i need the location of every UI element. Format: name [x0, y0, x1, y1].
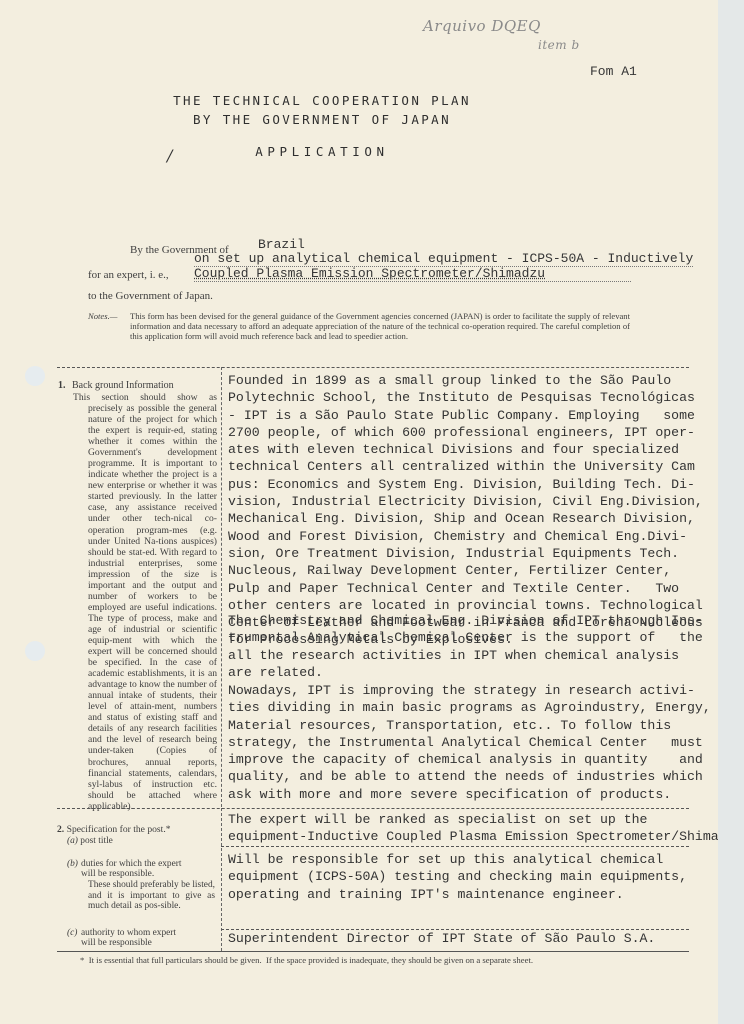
background-paragraph-2: The Chemistry and Chemical Eng. Division… — [228, 612, 703, 681]
country-value: Brazil — [258, 237, 305, 252]
section-2-bottom-rule — [57, 951, 689, 952]
authority-label: authority to whom expert will be respons… — [81, 928, 176, 949]
background-paragraph-1: Founded in 1899 as a small group linked … — [228, 372, 703, 649]
section-2-header: 2. Specification for the post.* — [57, 824, 171, 835]
title-application: APPLICATION — [0, 144, 694, 159]
expert-field-line-2: Coupled Plasma Emission Spectrometer/Shi… — [194, 266, 631, 282]
section-1-instructions-first: This section should show as — [73, 392, 217, 403]
post-title-label: (a) post title — [67, 836, 113, 846]
notes-text: This form has been devised for the gener… — [130, 311, 630, 342]
section-2-number: 2. — [57, 824, 64, 835]
section-1-top-rule — [57, 367, 689, 368]
title-line-2: BY THE GOVERNMENT OF JAPAN — [0, 112, 694, 127]
section-2-title: Specification for the post.* — [67, 824, 171, 835]
to-government-label: to the Government of Japan. — [88, 290, 213, 302]
form-page: Arquivo DQEQ item b / Fom A1 THE TECHNIC… — [0, 0, 718, 1024]
duties-answer: Will be responsible for set up this anal… — [228, 851, 687, 903]
authority-marker: (c) — [67, 928, 77, 938]
section-1-title: Back ground Information — [72, 380, 174, 391]
post-title-answer: The expert will be ranked as specialist … — [228, 811, 742, 846]
post-title-rule — [221, 846, 689, 847]
form-id: Fom A1 — [590, 64, 637, 79]
punch-hole-top — [25, 366, 45, 386]
duties-label: duties for which the expert will be resp… — [81, 859, 182, 880]
authority-answer: Superintendent Director of IPT State of … — [228, 930, 655, 947]
background-paragraph-3: Nowadays, IPT is improving the strategy … — [228, 682, 711, 803]
duties-marker: (b) — [67, 859, 78, 869]
expert-field-line-1: on set up analytical chemical equipment … — [194, 251, 693, 267]
notes-label: Notes.— — [88, 311, 117, 321]
handwritten-note: Arquivo DQEQ — [423, 17, 541, 35]
punch-hole-bottom — [25, 641, 45, 661]
column-divider-1 — [221, 367, 222, 807]
footnote: * It is essential that full particulars … — [80, 955, 533, 965]
title-line-1: THE TECHNICAL COOPERATION PLAN — [0, 93, 694, 108]
duties-instructions: These should preferably be listed, and i… — [88, 880, 215, 912]
for-expert-label: for an expert, i. e., — [88, 269, 169, 281]
scan-background-edge — [718, 0, 744, 1024]
section-2-top-rule — [57, 808, 689, 809]
post-title-marker: (a) — [67, 836, 78, 846]
section-1-number: 1. — [58, 380, 66, 391]
expert-field-line-2-text: Coupled Plasma Emission Spectrometer/Shi… — [194, 266, 545, 281]
section-1-instructions: precisely as possible the general nature… — [88, 403, 217, 812]
handwritten-note-sub: item b — [538, 38, 580, 52]
post-title-text: post title — [80, 836, 113, 846]
